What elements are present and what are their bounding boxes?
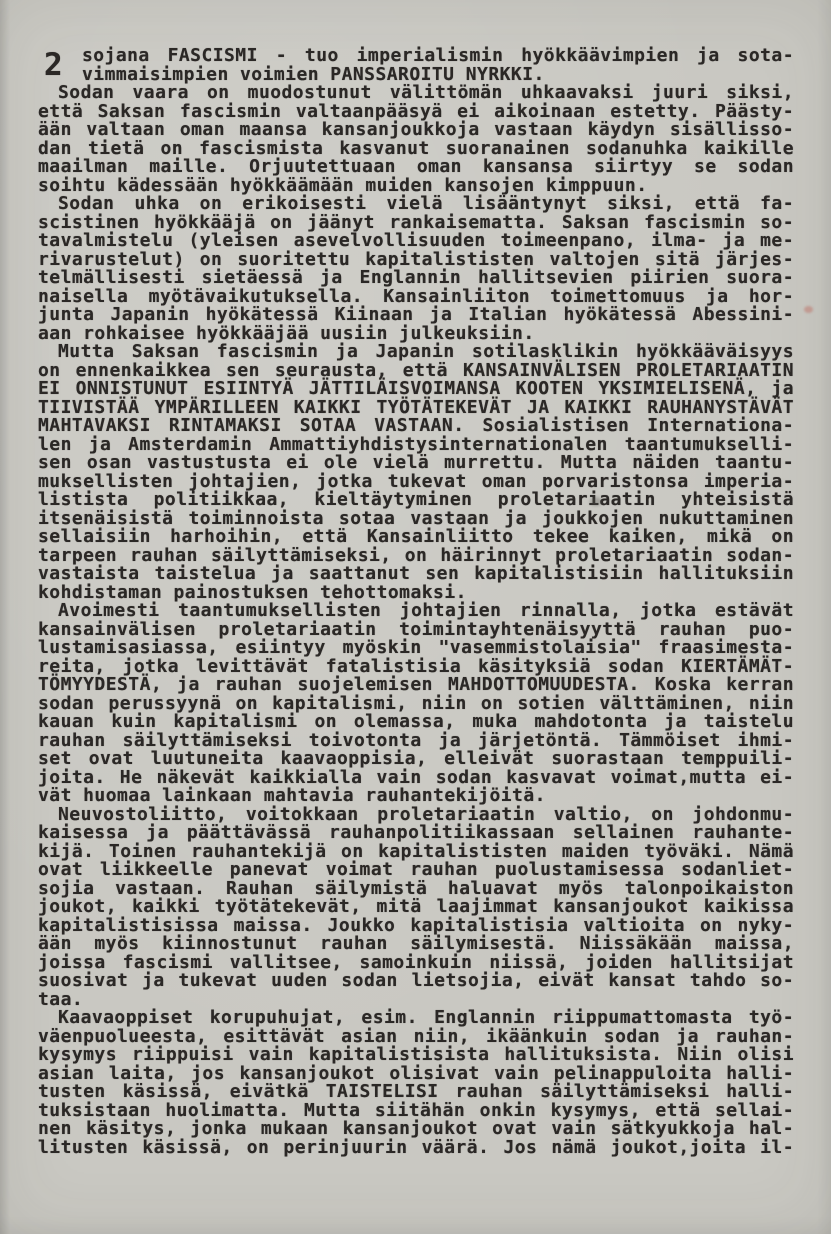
text-line: MAHTAVAKSI RINTAMAKSI SOTAA VASTAAN. Sos… <box>38 417 794 436</box>
paper-stain <box>804 306 813 313</box>
text-line: set ovat luutuneita kaavaoppisia, elleiv… <box>38 750 794 769</box>
text-line: maailman maille. Orjuutettuaan oman kans… <box>38 158 794 177</box>
text-line: kauan kuin kapitalismi on olemassa, muka… <box>38 713 794 732</box>
paragraph: Neuvostoliitto, voitokkaan proletariaati… <box>38 806 794 1010</box>
text-line: vastaista taistelua ja saattanut sen kap… <box>38 565 794 584</box>
text-line: nen käsitys, jonka mukaan kansanjoukot o… <box>38 1120 794 1139</box>
text-line: tavalmistelu (yleisen asevelvollisuuden … <box>38 232 794 251</box>
text-line: sojana FASCISMI - tuo imperialismin hyök… <box>82 47 794 66</box>
text-line: sellaisiin harhoihin, että Kansainliitto… <box>38 528 794 547</box>
text-line: Avoimesti taantumuksellisten johtajien r… <box>38 602 794 621</box>
paragraph: Sodan vaara on muodostunut välittömän uh… <box>38 84 794 195</box>
text-line: telmällisesti sietäessä ja Englannin hal… <box>38 269 794 288</box>
document-body: sojana FASCISMI - tuo imperialismin hyök… <box>38 47 794 1157</box>
paragraph: Mutta Saksan fascismin ja Japanin sotila… <box>38 343 794 602</box>
paragraph: sojana FASCISMI - tuo imperialismin hyök… <box>82 47 794 84</box>
text-line: EI ONNISTUNUT ESIINTYÄ JÄTTILÄISVOIMANSA… <box>38 380 794 399</box>
paragraph: Kaavaoppiset korupuhujat, esim. Englanni… <box>38 1009 794 1157</box>
text-line: tusten käsissä, eivätkä TAISTELISI rauha… <box>38 1083 794 1102</box>
text-line: kysymys riippuisi vain kapitalistisista … <box>38 1046 794 1065</box>
text-line: TÖMYYDESTÄ, ja rauhan suojelemisen MAHDO… <box>38 676 794 695</box>
text-line: joukot, kaikki työtätekevät, mitä laajim… <box>38 898 794 917</box>
text-line: Sodan uhka on erikoisesti vielä lisäänty… <box>38 195 794 214</box>
text-line: listista politiikkaa, kieltäytyminen pro… <box>38 491 794 510</box>
paragraph: Sodan uhka on erikoisesti vielä lisäänty… <box>38 195 794 343</box>
text-line: suosivat ja tukevat uuden sodan lietsoji… <box>38 972 794 991</box>
text-line: Kaavaoppiset korupuhujat, esim. Englanni… <box>38 1009 794 1028</box>
text-line: litusten käsissä, on perinjuurin väärä. … <box>38 1139 794 1158</box>
text-line: ään myös kiinnostunut rauhan säilymisest… <box>38 935 794 954</box>
text-line: sen osan vastustusta ei ole vielä murret… <box>38 454 794 473</box>
paragraph: Avoimesti taantumuksellisten johtajien r… <box>38 602 794 806</box>
text-line: ään valtaan oman maansa kansanjoukkoja v… <box>38 121 794 140</box>
text-line: junta Japanin hyökätessä Kiinaan ja Ital… <box>38 306 794 325</box>
text-line: Mutta Saksan fascismin ja Japanin sotila… <box>38 343 794 362</box>
text-line: ovat liikkeelle panevat voimat rauhan pu… <box>38 861 794 880</box>
text-line: vät huomaa lainkaan mahtavia rauhantekij… <box>38 787 794 806</box>
scanned-document-page: 2 sojana FASCISMI - tuo imperialismin hy… <box>0 0 831 1234</box>
text-line: Sodan vaara on muodostunut välittömän uh… <box>38 84 794 103</box>
text-line: lustamisasiassa, esiintyy myöskin "vasem… <box>38 639 794 658</box>
text-line: kaisessa ja päättävässä rauhanpolitiikas… <box>38 824 794 843</box>
